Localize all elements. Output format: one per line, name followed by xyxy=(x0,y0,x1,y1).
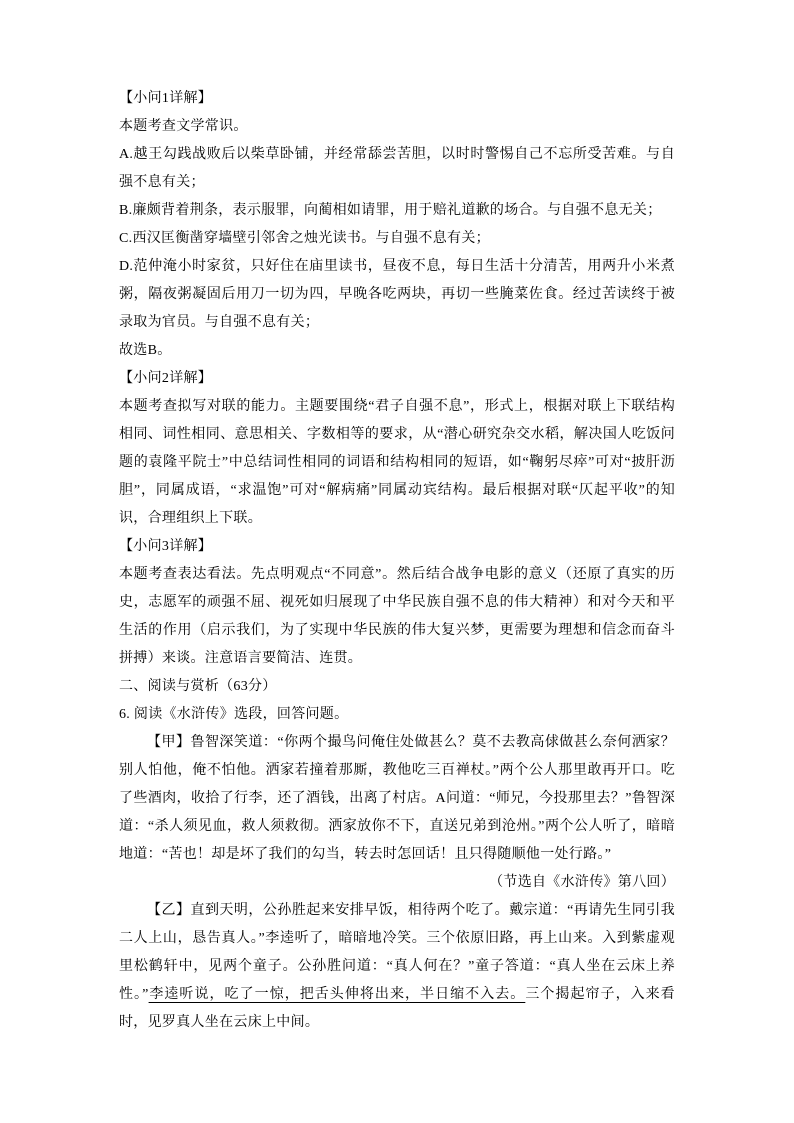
q1-option-c-analysis: C.西汉匡衡凿穿墙壁引邻舍之烛光读书。与自强不息有关； xyxy=(119,225,675,253)
q1-option-d-analysis: D.范仲淹小时家贫，只好住在庙里读书，昼夜不息，每日生活十分清苦，用两升小米煮粥… xyxy=(119,253,675,337)
q1-answer-line: 故选B。 xyxy=(119,337,675,365)
document-body: 【小问1详解】 本题考查文学常识。 A.越王勾践战败后以柴草卧铺，并经常舔尝苦胆… xyxy=(119,85,675,1037)
q3-explanation-body: 本题考查表达看法。先点明观点“不同意”。然后结合战争电影的意义（还原了真实的历史… xyxy=(119,561,675,673)
q2-explanation-body: 本题考查拟写对联的能力。主题要围绕“君子自强不息”，形式上，根据对联上下联结构相… xyxy=(119,393,675,533)
document-page: 【小问1详解】 本题考查文学常识。 A.越王勾践战败后以柴草卧铺，并经常舔尝苦胆… xyxy=(0,0,794,1123)
q3-explanation-heading: 【小问3详解】 xyxy=(119,533,675,561)
passage-jia-source: （节选自《水浒传》第八回） xyxy=(119,869,675,897)
q2-explanation-heading: 【小问2详解】 xyxy=(119,365,675,393)
section2-heading: 二、阅读与赏析（63分） xyxy=(119,673,675,701)
q1-option-a-analysis: A.越王勾践战败后以柴草卧铺，并经常舔尝苦胆，以时时警惕自己不忘所受苦难。与自强… xyxy=(119,141,675,197)
q1-explanation-heading: 【小问1详解】 xyxy=(119,85,675,113)
question6-stem: 6. 阅读《水浒传》选段，回答问题。 xyxy=(119,701,675,729)
passage-yi: 【乙】直到天明，公孙胜起来安排早饭，相待两个吃了。戴宗道：“再请先生同引我二人上… xyxy=(119,897,675,1037)
passage-yi-underlined-sentence: 李逵听说，吃了一惊，把舌头伸将出来，半日缩不入去。 xyxy=(149,987,526,1002)
passage-jia: 【甲】鲁智深笑道：“你两个撮鸟问俺住处做甚么？莫不去教高俅做甚么奈何洒家？别人怕… xyxy=(119,729,675,869)
q1-explanation-intro: 本题考查文学常识。 xyxy=(119,113,675,141)
q1-option-b-analysis: B.廉颇背着荆条，表示服罪，向蔺相如请罪，用于赔礼道歉的场合。与自强不息无关； xyxy=(119,197,675,225)
